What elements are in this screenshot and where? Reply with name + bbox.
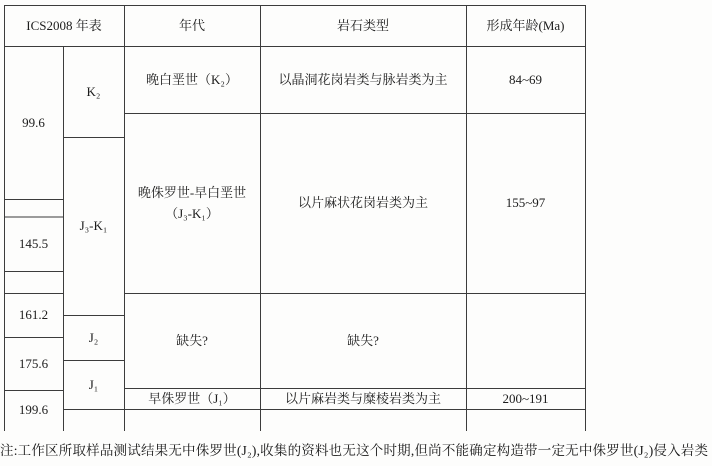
period-symbol-k2: K₂ <box>63 46 124 137</box>
rock-type-row3: 缺失? <box>260 293 466 388</box>
era-j3k1-line1: 晚侏罗世-早白垩世 <box>138 182 246 203</box>
rock-type-row4: 以片麻岩类与糜棱岩类为主 <box>260 388 466 409</box>
boundary-age-175-6: 175.6 <box>4 337 63 390</box>
boundary-age-99-6: 99.6 <box>4 46 63 199</box>
header-ics2008: ICS2008 年表 <box>4 5 124 46</box>
era-missing: 缺失? <box>124 293 260 388</box>
formation-age-row4: 200~191 <box>466 388 585 409</box>
rock-type-row2: 以片麻状花岗岩类为主 <box>260 113 466 293</box>
formation-age-row1: 84~69 <box>466 46 585 113</box>
header-era: 年代 <box>124 5 260 46</box>
period-symbol-j3k1: J₃-K₁ <box>63 137 124 315</box>
period-symbol-j2: J₂ <box>63 315 124 360</box>
rock-type-row1: 以晶洞花岗岩类与脉岩类为主 <box>260 46 466 113</box>
age1455-bottom-line <box>4 271 64 272</box>
scanned-table-page: ICS2008 年表 年代 岩石类型 形成年龄(Ma) 99.6 145.5 1… <box>0 0 712 466</box>
header-formation-age: 形成年龄(Ma) <box>466 5 585 46</box>
row4-bottom-line <box>63 409 586 410</box>
boundary-age-199-6: 199.6 <box>4 390 63 430</box>
age996-bottom-line <box>4 199 64 200</box>
period-symbol-j1: J₁ <box>63 360 124 409</box>
era-j3k1-line2: （J₃-K₁） <box>165 203 219 224</box>
era-late-cretaceous: 晚白垩世（K₂） <box>124 46 260 113</box>
formation-age-row3 <box>466 293 585 388</box>
boundary-age-145-5: 145.5 <box>4 217 63 271</box>
era-late-jurassic-early-cretaceous: 晚侏罗世-早白垩世 （J₃-K₁） <box>124 113 260 293</box>
table-footnote: 注:工作区所取样品测试结果无中侏罗世(J₂),收集的资料也无这个时期,但尚不能确… <box>0 441 712 461</box>
boundary-age-161-2: 161.2 <box>4 293 63 337</box>
header-rock-type: 岩石类型 <box>260 5 466 46</box>
era-early-jurassic: 早侏罗世（J₁） <box>124 388 260 409</box>
table-right-border <box>585 5 586 431</box>
formation-age-row2: 155~97 <box>466 113 585 293</box>
